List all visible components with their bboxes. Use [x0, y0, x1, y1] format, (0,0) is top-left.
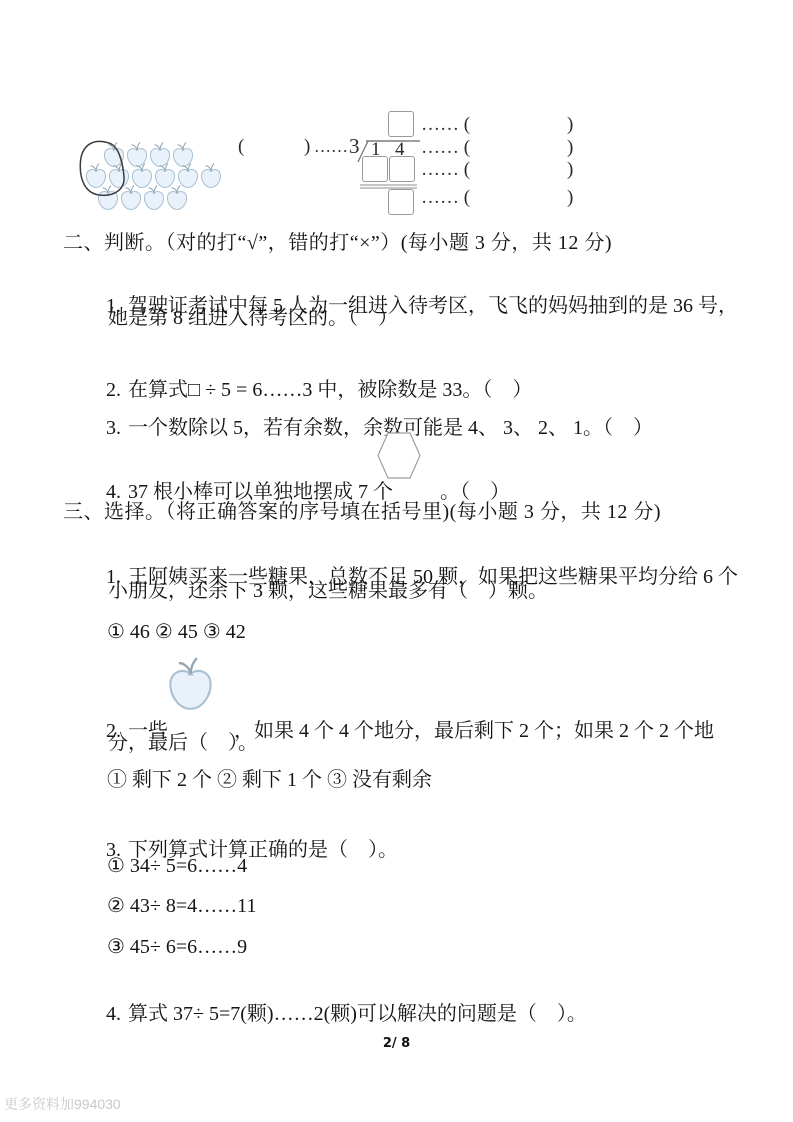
answer-row-dots: …… (: [421, 187, 470, 209]
section2-heading: 二、判断。（对的打“√”，错的打“×”）(每小题 3 分，共 12 分): [63, 230, 612, 256]
answer-row-dots: …… (: [421, 114, 470, 136]
section3-heading: 三、选择。（将正确答案的序号填在括号里)(每小题 3 分，共 12 分): [63, 499, 661, 525]
apple-icon: [200, 162, 222, 189]
answer-row-close: ): [567, 159, 573, 181]
apple-icon: [166, 184, 188, 211]
question-s3-3-option2: ② 43÷ 8=4……11: [107, 893, 256, 919]
ellipsis-dots: ……: [314, 136, 348, 158]
apple-group: [83, 139, 233, 214]
answer-row-dots: …… (: [421, 137, 470, 159]
question-s3-2-options: ① 剩下 2 个 ② 剩下 1 个 ③ 没有剩余: [107, 767, 432, 793]
question-s3-1-options: ① 46 ② 45 ③ 42: [107, 619, 246, 645]
answer-blank-close: ): [304, 136, 310, 158]
apple-icon: [143, 184, 165, 211]
worksheet-page: ( ) …… 3 1 4 …… ( ) …… ( ) …… ( ) …… ( )…: [0, 0, 793, 1122]
answer-row-close: ): [567, 114, 573, 136]
answer-row-close: ): [567, 187, 573, 209]
remainder-box: [388, 189, 414, 215]
item-text: 算式 37÷ 5=7(颗)……2(颗)可以解决的问题是（ ）。: [128, 1003, 587, 1025]
quotient-box: [388, 111, 414, 137]
product-box-ones: [389, 156, 415, 182]
watermark-text: 更多资料加994030: [4, 1094, 121, 1114]
page-number: 2/ 8: [0, 1036, 793, 1051]
item-number: 4.: [106, 1001, 128, 1027]
question-s3-2-line2: 分，最后（ ）。: [108, 730, 258, 756]
apple-icon: [167, 655, 214, 712]
item-number: 3.: [106, 415, 128, 441]
question-s3-1-line1: 1.王阿姨买来一些糖果，总数不足 50 颗，如果把这些糖果平均分给 6 个: [86, 538, 738, 616]
question-s3-3-option3: ③ 45÷ 6=6……9: [107, 934, 247, 960]
answer-row-dots: …… (: [421, 159, 470, 181]
question-s3-3-option1: ① 34÷ 5=6……4: [107, 853, 247, 879]
answer-row-close: ): [567, 137, 573, 159]
item-text: ，如果 4 个 4 个地分，最后剩下 2 个；如果 2 个 2 个地: [234, 720, 714, 742]
question-s2-1-line2: 她是第 8 组进入待考区的。（ ）: [108, 305, 398, 331]
product-box-tens: [362, 156, 388, 182]
question-s3-1-line2: 小朋友，还余下 3 颗，这些糖果最多有（ ）颗。: [108, 578, 548, 604]
answer-blank-open: (: [238, 136, 244, 158]
circled-group-icon: [77, 139, 133, 199]
hexagon-icon: [377, 432, 421, 479]
